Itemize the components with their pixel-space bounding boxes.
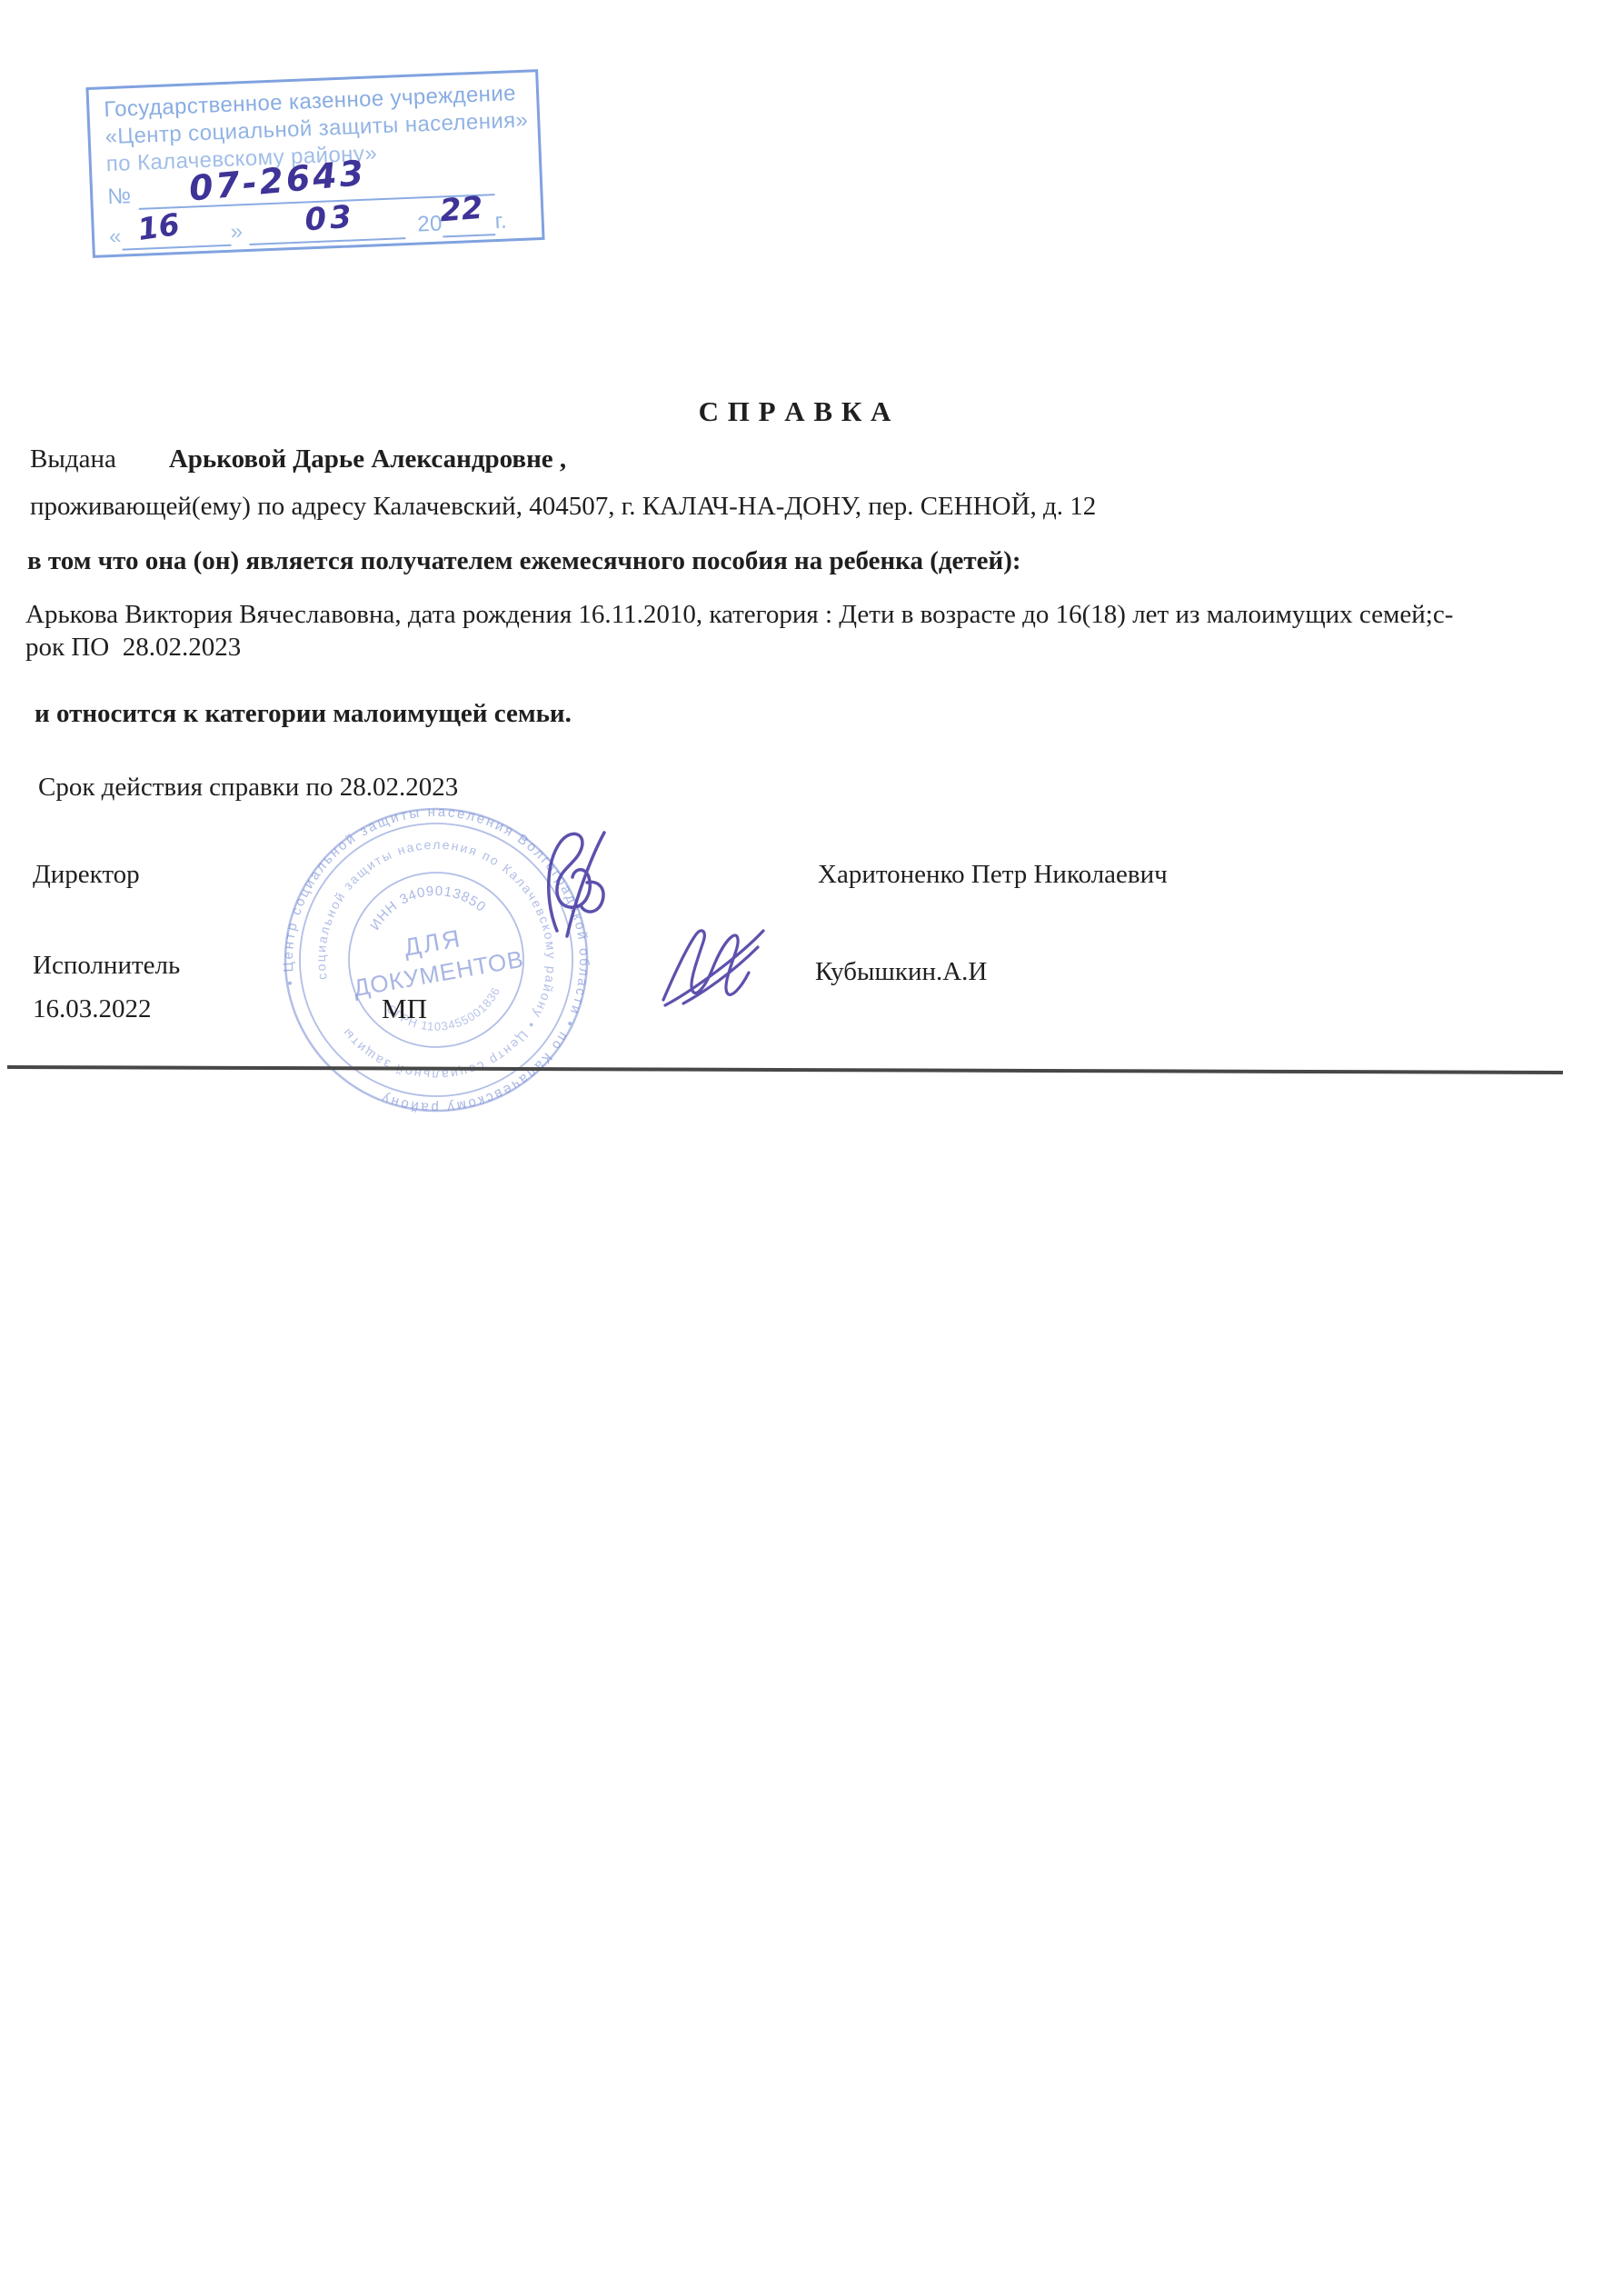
- footer-rule: [7, 1065, 1563, 1074]
- recipient-name: Арьковой Дарье Александровне ,: [169, 444, 566, 474]
- seal-inn-text: ИНН 3409013850: [362, 873, 491, 934]
- stamp-date-open-quote: «: [108, 224, 122, 252]
- statement-line: в том что она (он) является получателем …: [27, 545, 1021, 577]
- stamp-date-year-handwritten: 22: [439, 190, 484, 229]
- stamp-date-century: 20: [417, 210, 443, 238]
- page-title: С П Р А В К А: [27, 394, 1563, 428]
- issue-date: 16.03.2022: [33, 993, 152, 1025]
- registration-stamp: Государственное казенное учреждение «Цен…: [85, 69, 544, 258]
- stamp-date-day-blank: 16: [121, 217, 231, 251]
- stamp-date-close-quote: »: [230, 218, 244, 246]
- director-signature: [539, 827, 630, 945]
- director-label: Директор: [33, 859, 140, 891]
- executor-signature: [656, 920, 774, 1011]
- stamp-date-month-blank: 03: [248, 210, 405, 245]
- benefit-line-1: Арькова Виктория Вячеславовна, дата рожд…: [25, 599, 1453, 631]
- stamp-date-day-handwritten: 16: [135, 206, 182, 247]
- address-line: проживающей(ему) по адресу Калачевский, …: [30, 491, 1096, 523]
- mp-label: МП: [382, 992, 427, 1025]
- stamp-date-year-blank: 22: [442, 206, 495, 237]
- executor-label: Исполнитель: [33, 950, 180, 982]
- stamp-date-month-handwritten: 03: [304, 198, 356, 238]
- director-name: Харитоненко Петр Николаевич: [818, 859, 1168, 891]
- stamp-date-row: « 16 » 03 20 22 г.: [108, 205, 531, 252]
- benefit-line-2: рок ПО 28.02.2023: [25, 632, 241, 664]
- category-line: и относится к категории малоимущей семьи…: [35, 698, 572, 730]
- validity-line: Срок действия справки по 28.02.2023: [38, 772, 458, 804]
- executor-name: Кубышкин.А.И: [815, 956, 987, 988]
- stamp-date-suffix: г.: [494, 208, 507, 236]
- issued-line: ВыданаАрьковой Дарье Александровне ,: [30, 444, 566, 475]
- issued-label: Выдана: [30, 444, 116, 474]
- certificate-document: Государственное казенное учреждение «Цен…: [0, 0, 1622, 2296]
- stamp-number-label: №: [107, 183, 132, 211]
